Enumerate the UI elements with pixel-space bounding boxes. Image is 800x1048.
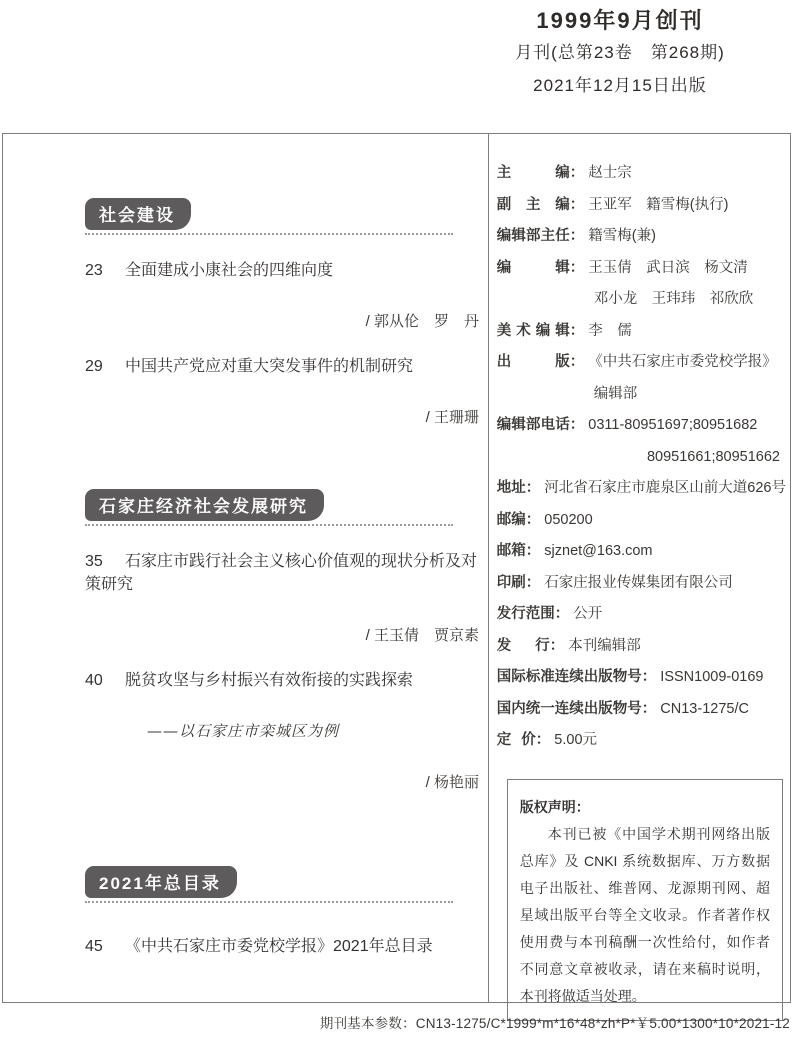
- masthead-row-deputy-editor: 副主编： 王亚军 籍雪梅(执行): [497, 190, 786, 222]
- copyright-body: 本刊已被《中国学术期刊网络出版总库》及 CNKI 系统数据库、万方数据电子出版社…: [520, 821, 770, 1010]
- colon: ：: [526, 575, 541, 591]
- masthead-label: 副主编: [497, 190, 570, 222]
- dotted-divider: [85, 901, 453, 903]
- issue-header: 1999年9月创刊 月刊(总第23卷 第268期) 2021年12月15日出版: [450, 6, 790, 102]
- colon: ：: [570, 323, 585, 339]
- toc-entry: 45《中共石家庄市委党校学报》2021年总目录: [85, 933, 488, 956]
- masthead-row-cn: 国内统一连续出版物号： CN13-1275/C: [497, 694, 786, 726]
- masthead-value: 0311-80951697;80951682: [588, 417, 757, 433]
- entry-title: 全面建成小康社会的四维向度: [125, 262, 333, 279]
- copyright-title: 版权声明：: [520, 794, 770, 821]
- entry-authors: / 王珊珊: [85, 406, 479, 427]
- masthead-label: 编辑部电话: [497, 410, 570, 442]
- entry-page-number: 40: [85, 672, 125, 690]
- masthead-value: 河北省石家庄市鹿泉区山前大道626号: [544, 480, 786, 496]
- masthead-row-editorial-director: 编辑部主任： 籍雪梅(兼): [497, 221, 786, 253]
- masthead-label: 定价: [497, 725, 536, 757]
- masthead-label: 发行范围: [497, 599, 555, 631]
- masthead-row-phone: 编辑部电话： 0311-80951697;80951682 80951661;8…: [497, 410, 786, 473]
- colon: ：: [570, 228, 585, 244]
- masthead-column: 主编： 赵士宗 副主编： 王亚军 籍雪梅(执行) 编辑部主任： 籍雪梅(兼) 编…: [489, 134, 790, 1002]
- entry-page-number: 29: [85, 358, 125, 376]
- masthead-label: 编辑部主任: [497, 221, 570, 253]
- entry-title: 石家庄市践行社会主义核心价值观的现状分析及对策研究: [85, 553, 477, 593]
- masthead-value: ISSN1009-0169: [660, 669, 763, 685]
- masthead-value: 王亚军 籍雪梅(执行): [588, 197, 728, 213]
- masthead-label: 邮编: [497, 505, 526, 537]
- colon: ：: [642, 701, 657, 717]
- copyright-box: 版权声明： 本刊已被《中国学术期刊网络出版总库》及 CNKI 系统数据库、万方数…: [507, 779, 783, 1021]
- masthead-row-publisher: 出版： 《中共石家庄市委党校学报》 编辑部: [497, 347, 786, 410]
- colon: ：: [536, 732, 551, 748]
- masthead-row-distribution-scope: 发行范围： 公开: [497, 599, 786, 631]
- colon: ：: [550, 638, 565, 654]
- issue-number: 月刊(总第23卷 第268期): [450, 36, 790, 69]
- founding-date: 1999年9月创刊: [450, 6, 790, 36]
- entry-title: 脱贫攻坚与乡村振兴有效衔接的实践探索: [125, 672, 413, 689]
- masthead-value: 《中共石家庄市委党校学报》: [588, 354, 777, 370]
- masthead-label: 编辑: [497, 253, 570, 285]
- masthead-value: 公开: [573, 606, 602, 622]
- journal-parameters: 期刊基本参数：CN13-1275/C*1999*m*16*48*zh*P*￥5.…: [320, 1012, 790, 1032]
- masthead-label: 印刷: [497, 568, 526, 600]
- entry-subtitle: ——以石家庄市栾城区为例: [85, 720, 488, 741]
- toc-section-society: 社会建设 23全面建成小康社会的四维向度 / 郭从伦 罗 丹 29中国共产党应对…: [85, 198, 488, 427]
- entry-authors: / 郭从伦 罗 丹: [85, 310, 479, 331]
- masthead-value: sjznet@163.com: [544, 543, 652, 559]
- toc-section-shijiazhuang-research: 石家庄经济社会发展研究 35石家庄市践行社会主义核心价值观的现状分析及对策研究 …: [85, 489, 488, 792]
- colon: ：: [526, 480, 541, 496]
- section-badge: 2021年总目录: [85, 866, 237, 898]
- masthead-value: 籍雪梅(兼): [588, 228, 656, 244]
- masthead-row-editors: 编辑： 王玉倩 武日滨 杨文清 邓小龙 王玮玮 祁欣欣: [497, 253, 786, 316]
- colon: ：: [570, 165, 585, 181]
- dotted-divider: [85, 524, 453, 526]
- masthead-row-printer: 印刷： 石家庄报业传媒集团有限公司: [497, 568, 786, 600]
- masthead-label: 国际标准连续出版物号: [497, 662, 642, 694]
- colon: ：: [642, 669, 657, 685]
- masthead-value-line2: 80951661;80951662: [497, 442, 786, 474]
- masthead-value: 050200: [544, 512, 592, 528]
- section-badge: 石家庄经济社会发展研究: [85, 489, 324, 521]
- colon: ：: [526, 512, 541, 528]
- masthead-value: 本刊编辑部: [568, 638, 641, 654]
- colon: ：: [570, 260, 585, 276]
- masthead-label: 国内统一连续出版物号: [497, 694, 642, 726]
- toc-entry: 40脱贫攻坚与乡村振兴有效衔接的实践探索: [85, 667, 488, 690]
- masthead-row-distributor: 发行： 本刊编辑部: [497, 631, 786, 663]
- entry-authors: / 王玉倩 贾京素: [85, 624, 479, 645]
- masthead-row-postcode: 邮编： 050200: [497, 505, 786, 537]
- masthead-row-art-editor: 美术编辑： 李 儒: [497, 316, 786, 348]
- masthead-row-price: 定价： 5.00元: [497, 725, 786, 757]
- dotted-divider: [85, 233, 453, 235]
- masthead-row-email: 邮箱： sjznet@163.com: [497, 536, 786, 568]
- masthead-value-line2: 邓小龙 王玮玮 祁欣欣: [497, 284, 786, 316]
- masthead-value: 石家庄报业传媒集团有限公司: [544, 575, 733, 591]
- masthead-label: 美术编辑: [497, 316, 570, 348]
- masthead-label: 邮箱: [497, 536, 526, 568]
- colon: ：: [570, 417, 585, 433]
- masthead-row-issn: 国际标准连续出版物号： ISSN1009-0169: [497, 662, 786, 694]
- entry-authors: / 杨艳丽: [85, 771, 479, 792]
- entry-page-number: 35: [85, 553, 125, 571]
- masthead-value: 王玉倩 武日滨 杨文清: [588, 260, 748, 276]
- section-badge: 社会建设: [85, 198, 191, 230]
- toc-column: 社会建设 23全面建成小康社会的四维向度 / 郭从伦 罗 丹 29中国共产党应对…: [3, 134, 489, 1002]
- masthead-label: 发行: [497, 631, 550, 663]
- masthead-value: CN13-1275/C: [660, 701, 749, 717]
- masthead-value-line2: 编辑部: [497, 379, 786, 411]
- toc-entry: 29中国共产党应对重大突发事件的机制研究: [85, 353, 488, 376]
- masthead-value: 赵士宗: [588, 165, 632, 181]
- publish-date: 2021年12月15日出版: [450, 69, 790, 102]
- toc-entry: 23全面建成小康社会的四维向度: [85, 257, 488, 280]
- colon: ：: [570, 354, 585, 370]
- entry-title: 中国共产党应对重大突发事件的机制研究: [125, 358, 413, 375]
- masthead-label: 出版: [497, 347, 570, 379]
- colon: ：: [526, 543, 541, 559]
- colon: ：: [555, 606, 570, 622]
- entry-title: 《中共石家庄市委党校学报》2021年总目录: [125, 938, 433, 955]
- masthead-label: 主编: [497, 158, 570, 190]
- masthead-value: 5.00元: [554, 732, 597, 748]
- masthead-row-address: 地址： 河北省石家庄市鹿泉区山前大道626号: [497, 473, 786, 505]
- masthead-value: 李 儒: [588, 323, 632, 339]
- masthead-label: 地址: [497, 473, 526, 505]
- colon: ：: [570, 197, 585, 213]
- toc-section-annual-index: 2021年总目录 45《中共石家庄市委党校学报》2021年总目录: [85, 866, 488, 956]
- entry-page-number: 45: [85, 938, 125, 956]
- masthead-row-chief-editor: 主编： 赵士宗: [497, 158, 786, 190]
- toc-entry: 35石家庄市践行社会主义核心价值观的现状分析及对策研究: [85, 548, 488, 594]
- entry-page-number: 23: [85, 262, 125, 280]
- content-frame: 社会建设 23全面建成小康社会的四维向度 / 郭从伦 罗 丹 29中国共产党应对…: [2, 133, 791, 1003]
